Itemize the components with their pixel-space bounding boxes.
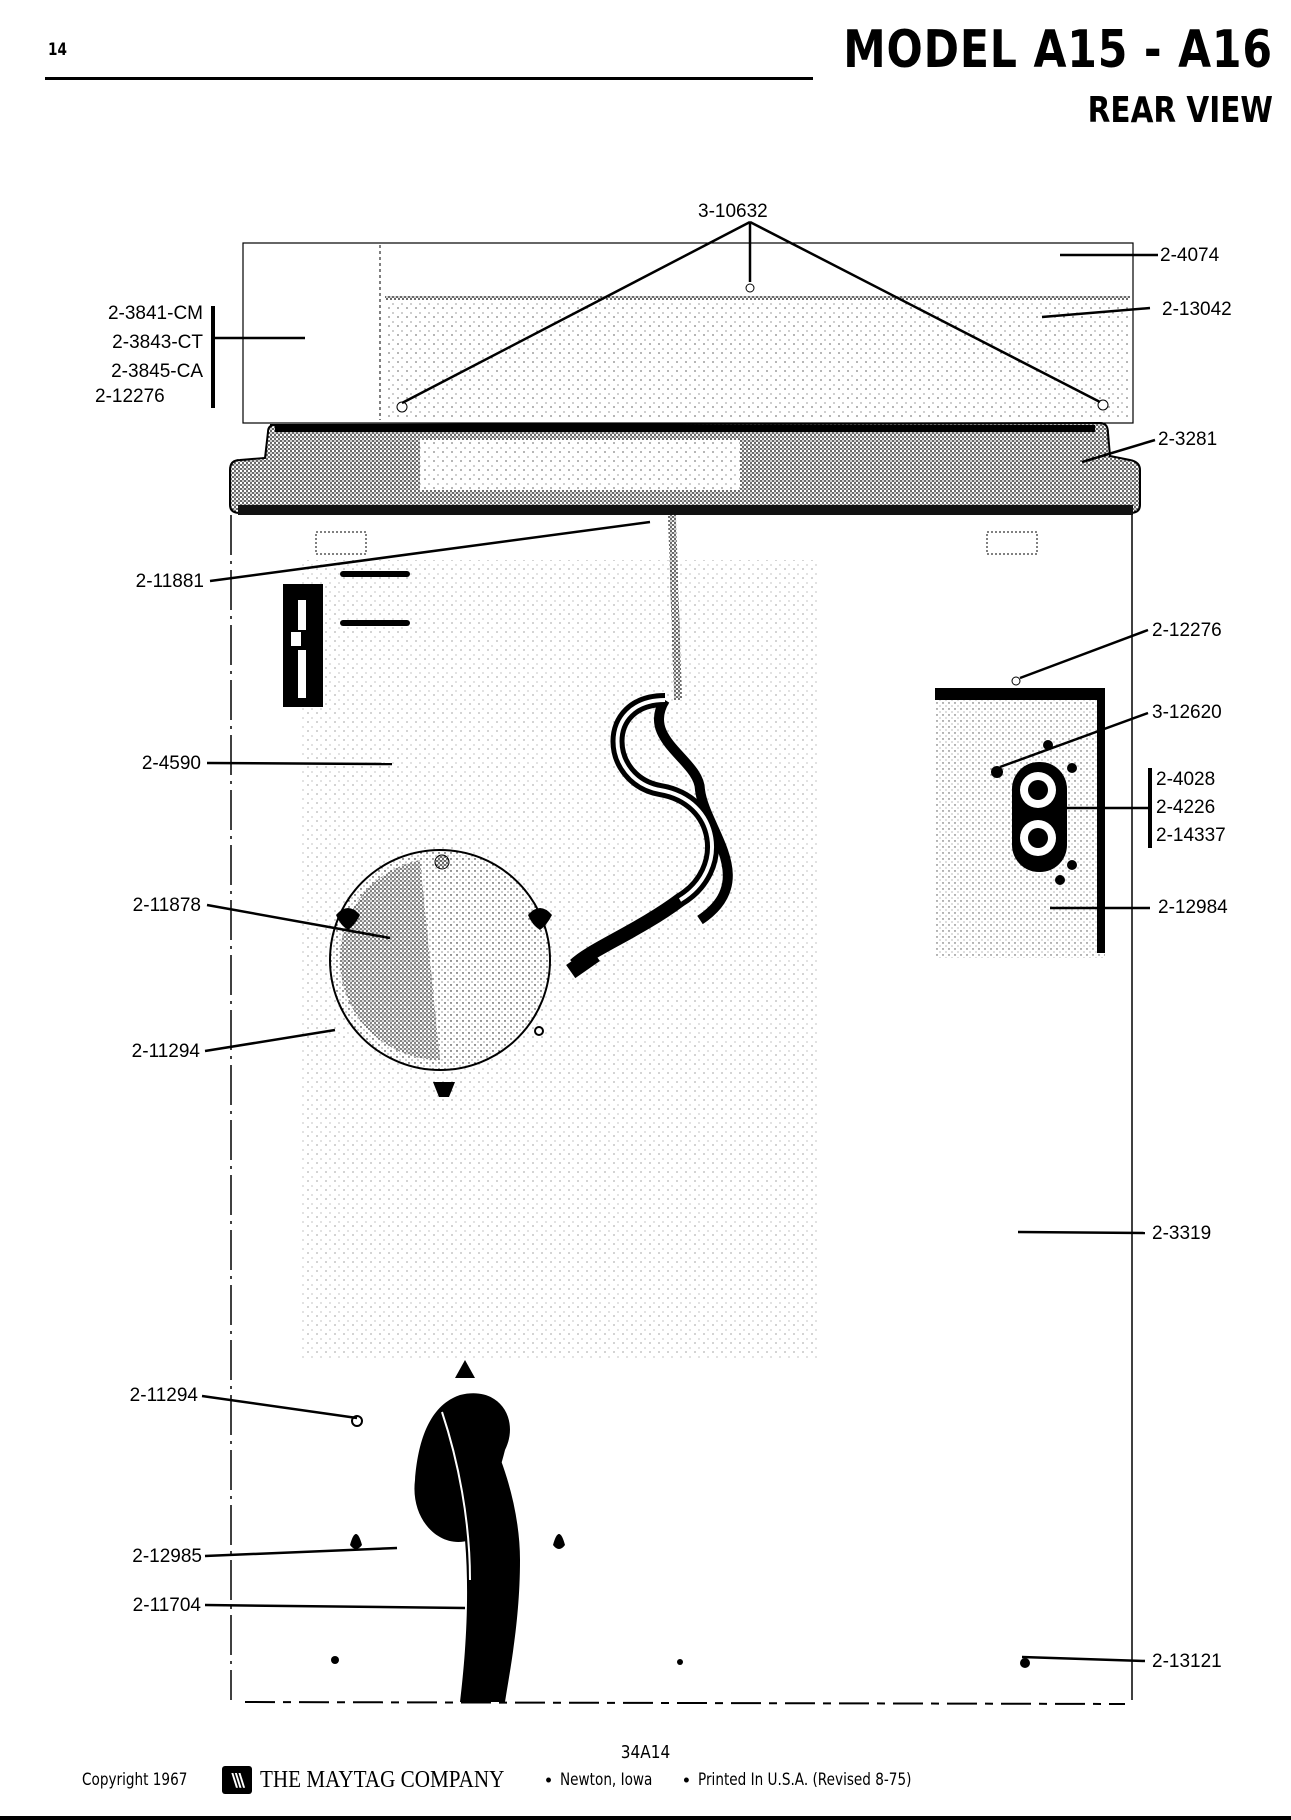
top-lid: [230, 423, 1140, 515]
callout-2-12985: 2-12985: [80, 1547, 202, 1566]
callout-2-11704: 2-11704: [80, 1596, 201, 1615]
motor-belt: [331, 1360, 1030, 1702]
callout-2-11881: 2-11881: [80, 572, 204, 591]
footer-rule: [0, 1816, 1291, 1820]
callout-2-4590: 2-4590: [80, 754, 201, 773]
callout-2-3843-ct: 2-3843-CT: [90, 333, 203, 352]
footer: Copyright 1967 \\\ THE MAYTAG COMPANY • …: [82, 1766, 964, 1794]
copyright-text: Copyright 1967: [82, 1770, 187, 1790]
callout-2-3845-ca: 2-3845-CA: [90, 362, 203, 381]
callout-2-4028: 2-4028: [1156, 770, 1215, 789]
printed-text: Printed In U.S.A. (Revised 8-75): [698, 1770, 911, 1790]
document-code: 34A14: [97, 1742, 1194, 1763]
callout-2-4226: 2-4226: [1156, 798, 1215, 817]
callout-2-3281: 2-3281: [1158, 430, 1217, 449]
callout-3-10632: 3-10632: [698, 202, 768, 221]
callout-2-12276-left: 2-12276: [95, 387, 165, 406]
name-plate: [283, 584, 323, 707]
callout-2-4074: 2-4074: [1160, 246, 1219, 265]
callout-2-12276-right: 2-12276: [1152, 621, 1222, 640]
maytag-logo-icon: \\\: [222, 1766, 252, 1794]
callout-2-3319: 2-3319: [1152, 1224, 1211, 1243]
control-bracket: [935, 677, 1105, 958]
callout-2-12984: 2-12984: [1158, 898, 1228, 917]
callout-2-13042: 2-13042: [1162, 300, 1232, 319]
bullet-1: •: [545, 1770, 551, 1791]
bullet-2: •: [683, 1770, 689, 1791]
location-text: Newton, Iowa: [560, 1770, 652, 1790]
callout-3-12620: 3-12620: [1152, 703, 1222, 722]
label-bar-2: [340, 620, 410, 626]
callout-2-3841-cm: 2-3841-CM: [90, 304, 203, 323]
company-name: THE MAYTAG COMPANY: [260, 1767, 504, 1794]
callout-2-14337: 2-14337: [1156, 826, 1226, 845]
console-panel: [243, 243, 1133, 423]
label-bar-1: [340, 571, 410, 577]
callout-2-11878: 2-11878: [80, 896, 201, 915]
callout-2-11294-lower: 2-11294: [80, 1386, 198, 1405]
callout-2-11294-upper: 2-11294: [80, 1042, 200, 1061]
callout-2-13121: 2-13121: [1152, 1652, 1222, 1671]
